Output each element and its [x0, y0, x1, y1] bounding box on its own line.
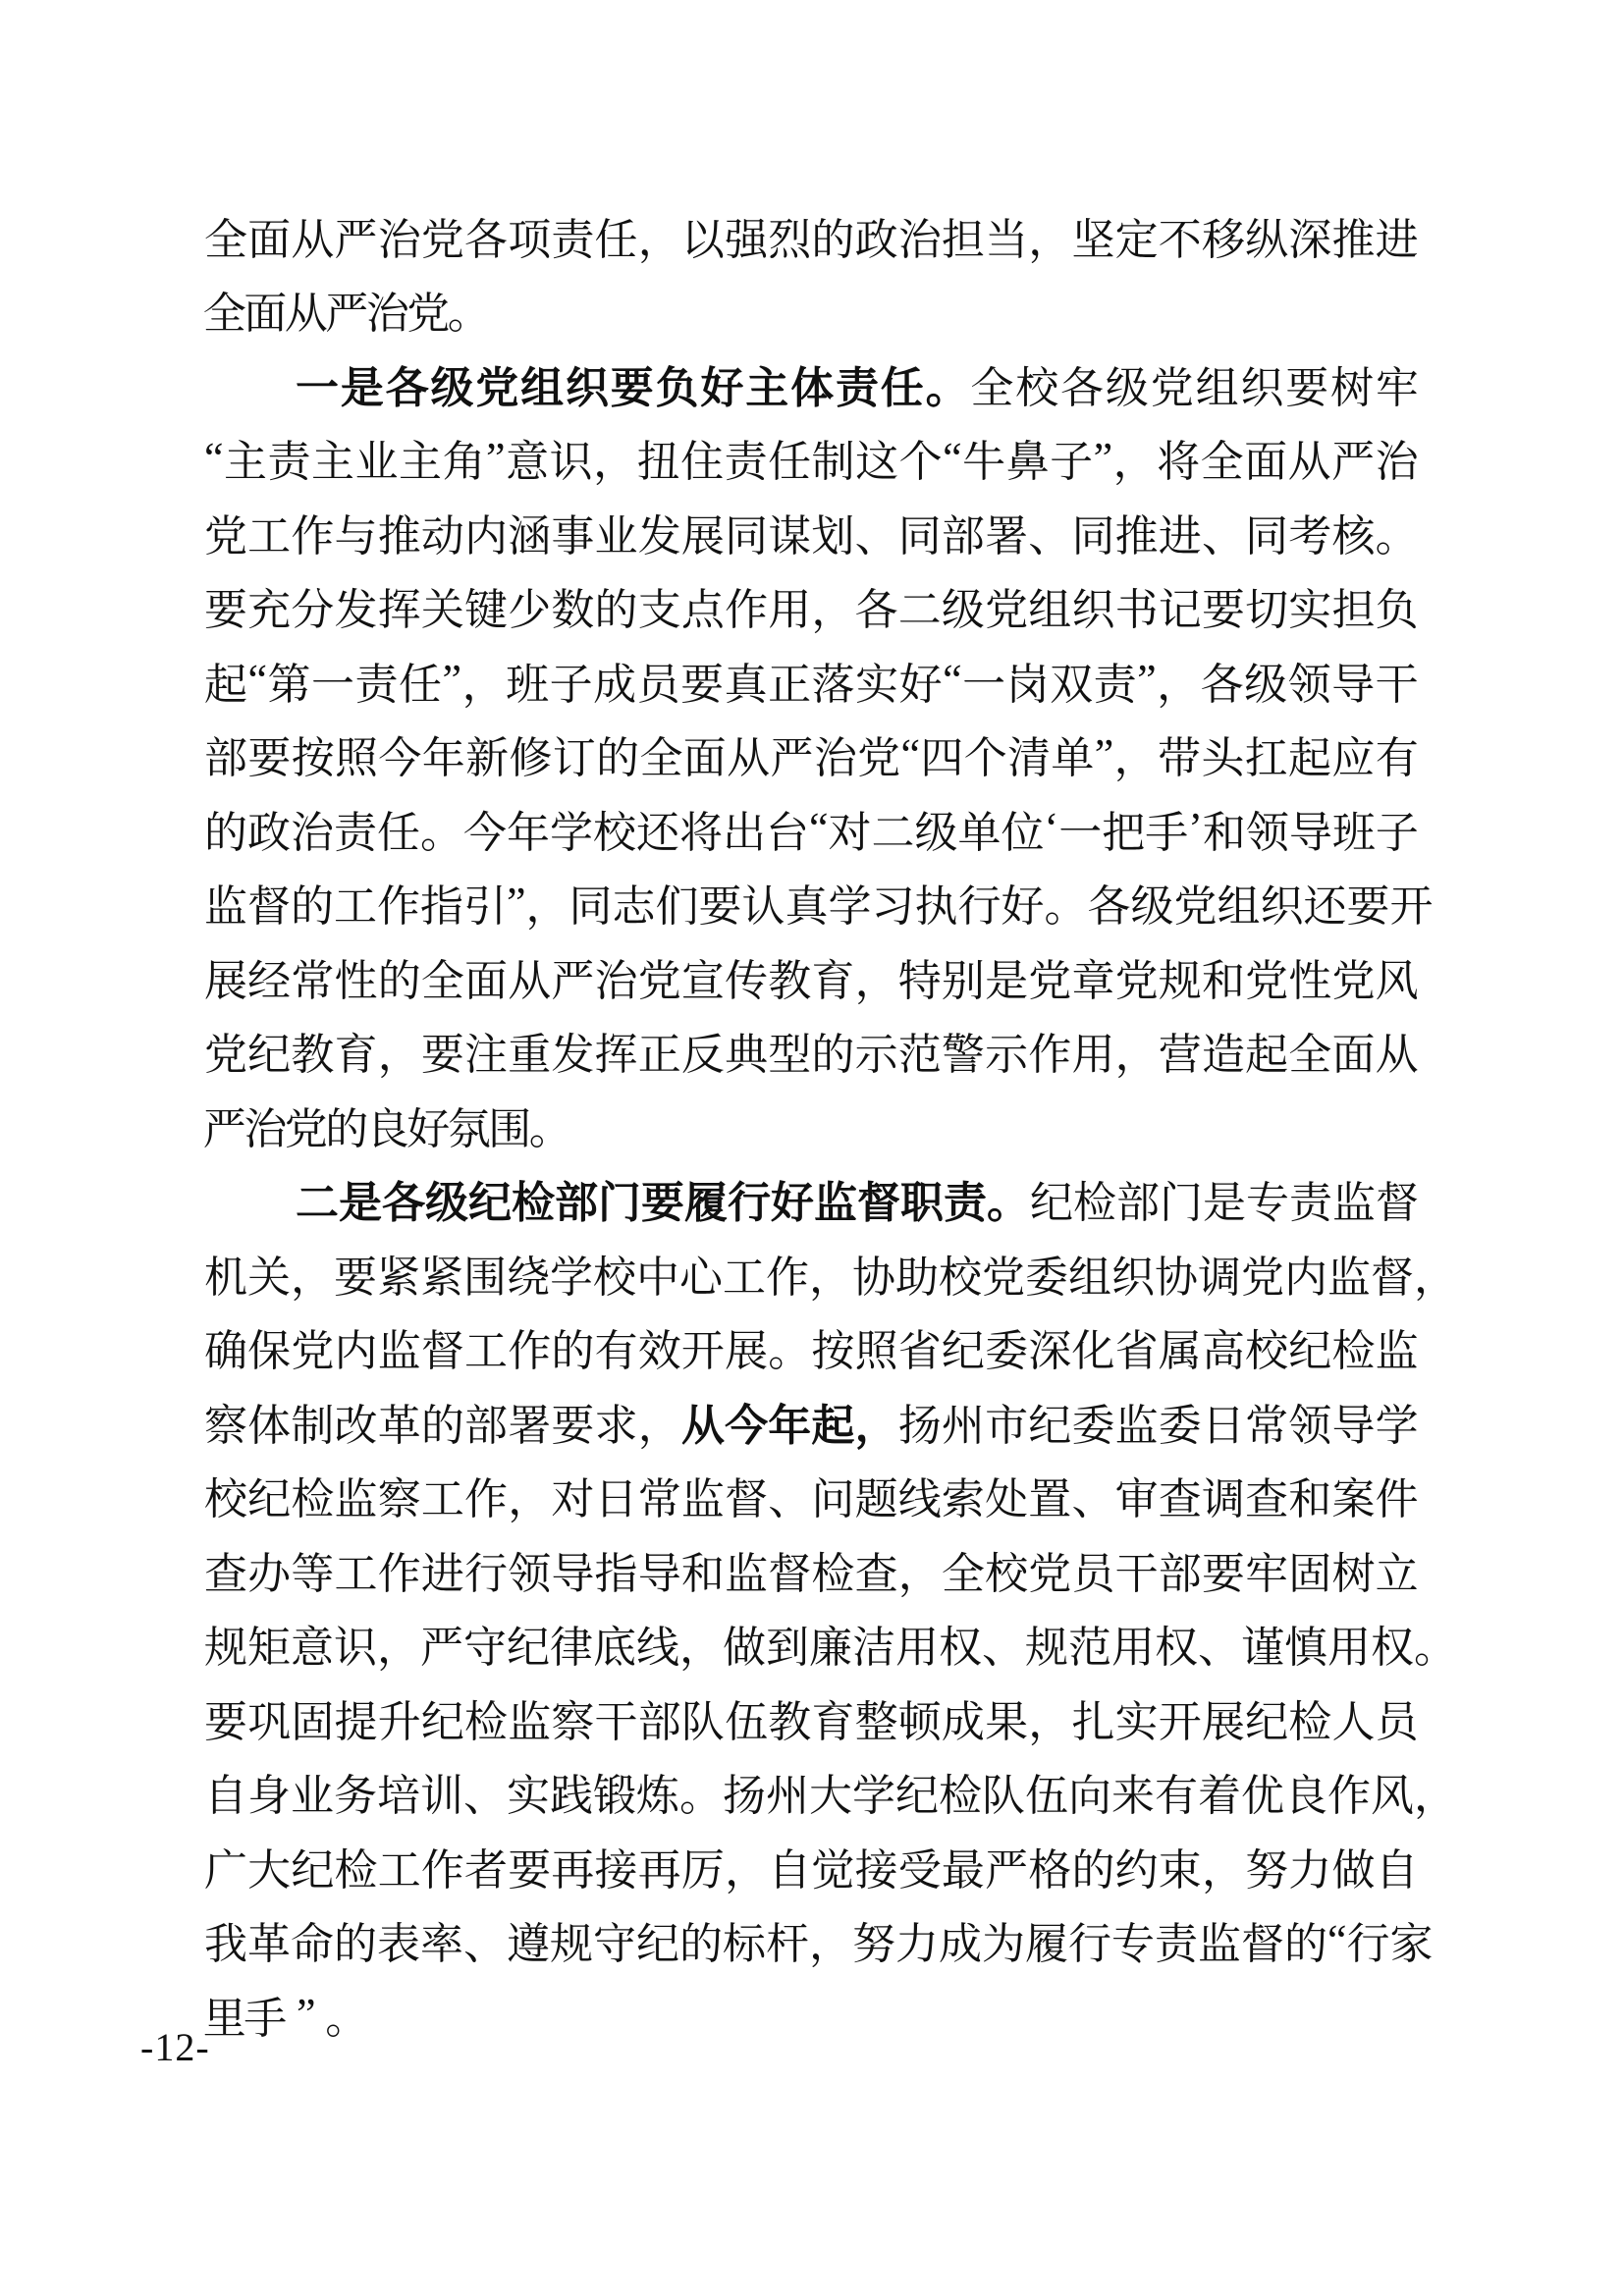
character: 线 [636, 1612, 679, 1675]
character: 校 [939, 1242, 982, 1305]
character: 好 [408, 1094, 450, 1156]
character: 治 [378, 204, 421, 267]
bold-character: 组 [520, 352, 564, 415]
character: 意 [506, 426, 549, 489]
character: 洁 [852, 1612, 895, 1675]
character: 严 [204, 1094, 245, 1156]
character: 学 [829, 871, 872, 934]
character: 规 [550, 1908, 593, 1971]
character: 置 [1028, 1464, 1071, 1526]
character: 营 [1159, 1019, 1202, 1082]
character: 全 [1201, 426, 1244, 489]
character: 督 [421, 1315, 464, 1378]
bold-character: 二 [296, 1167, 339, 1230]
text-line: 严治党的良好氛围。 [204, 1088, 1419, 1162]
character: 注 [464, 1019, 508, 1082]
character: 伍 [1025, 1760, 1068, 1823]
character: 觉 [811, 1835, 854, 1897]
character: 不 [1159, 204, 1202, 267]
character: 监 [1376, 1315, 1419, 1378]
character: ” [1095, 729, 1114, 779]
character: 体 [247, 1390, 291, 1453]
character: 用 [1071, 1019, 1114, 1082]
character: 规 [1025, 1612, 1068, 1675]
character: 培 [377, 1760, 420, 1823]
character: 、 [1198, 1612, 1241, 1675]
character: 锻 [593, 1760, 636, 1823]
character: ” [286, 1989, 327, 2039]
character: 进 [421, 1538, 464, 1601]
character: 用 [895, 1612, 939, 1675]
character: 审 [1115, 1464, 1159, 1526]
character: 意 [291, 1612, 334, 1675]
text-line: 机关，要紧紧围绕学校中心工作，协助校党委组织协调党内监督， [204, 1236, 1419, 1310]
text-line: 确保党内监督工作的有效开展。按照省纪委深化省属高校纪检监 [204, 1310, 1419, 1385]
character: 严 [335, 204, 378, 267]
text-line: 察体制改革的部署要求，从今年起，扬州市纪委监委日常领导学 [204, 1384, 1419, 1459]
character: 党 [638, 945, 681, 1008]
character: 党 [421, 204, 464, 267]
character: 日 [1202, 1390, 1245, 1453]
character: “ [204, 433, 224, 483]
character: 检 [1073, 1167, 1116, 1230]
character: 杆 [766, 1908, 809, 1971]
character: 成 [593, 649, 636, 712]
character: 党 [204, 1019, 247, 1082]
character: 范 [1068, 1612, 1111, 1675]
character: 照 [335, 722, 378, 785]
character: 来 [1111, 1760, 1155, 1823]
character: 导 [1289, 797, 1332, 860]
character: 校 [204, 1464, 247, 1526]
character: 巩 [247, 1686, 291, 1749]
character: 、 [1202, 501, 1245, 563]
character: 核 [1331, 501, 1375, 563]
character: 特 [898, 945, 942, 1008]
character: 常 [1245, 1390, 1288, 1453]
character: 起 [1245, 1019, 1288, 1082]
character: 绕 [507, 1242, 550, 1305]
character: 等 [291, 1538, 334, 1601]
character: 党 [1028, 1538, 1071, 1601]
character: 市 [985, 1390, 1028, 1453]
character: 署 [985, 501, 1028, 563]
character: 索 [942, 1464, 985, 1526]
character: 全 [970, 352, 1013, 415]
character: 领 [1246, 797, 1289, 860]
character: 树 [1331, 1538, 1375, 1601]
character: 作 [377, 871, 420, 934]
character: 工 [464, 1315, 508, 1378]
character: 厉 [681, 1835, 725, 1897]
character: 。 [679, 1760, 723, 1823]
character: 牢 [1376, 352, 1419, 415]
bold-character: 从 [681, 1390, 725, 1453]
character: 督 [1376, 1167, 1419, 1230]
character: 到 [766, 1612, 809, 1675]
character: 全 [639, 722, 682, 785]
character: 严 [770, 722, 813, 785]
character: 高 [1202, 1315, 1245, 1378]
character: 守 [463, 1612, 507, 1675]
character: 督 [725, 1464, 768, 1526]
character: 从 [286, 278, 327, 341]
character: 治 [291, 797, 334, 860]
bold-character: 监 [814, 1167, 857, 1230]
character: 政 [247, 797, 291, 860]
character: 同 [725, 501, 768, 563]
character: 从 [727, 722, 770, 785]
character: 单 [1051, 722, 1094, 785]
character: 党 [985, 574, 1028, 637]
character: 协 [1155, 1242, 1198, 1305]
character: 与 [335, 501, 378, 563]
character: 数 [551, 574, 594, 637]
character: 专 [1111, 1908, 1155, 1971]
text-line: 展经常性的全面从严治党宣传教育，特别是党章党规和党性党风 [204, 939, 1419, 1014]
character: 作 [766, 1242, 809, 1305]
character: 任 [768, 426, 811, 489]
character: 责 [1289, 1167, 1332, 1230]
character: 好 [899, 649, 943, 712]
character: 校 [593, 1242, 636, 1305]
character: 要 [204, 1686, 247, 1749]
character: 扛 [1245, 722, 1288, 785]
character: 权 [1371, 1612, 1414, 1675]
character: 的 [421, 1390, 464, 1453]
character: 各 [1201, 649, 1244, 712]
character: ” [1137, 655, 1157, 705]
character: 纪 [942, 1315, 985, 1378]
character: 牢 [1245, 1538, 1288, 1601]
text-line: 广大纪检工作者要再接再厉，自觉接受最严格的约束，努力做自 [204, 1829, 1419, 1903]
character: 命 [291, 1908, 334, 1971]
character: 台 [766, 797, 809, 860]
character: 严 [327, 278, 368, 341]
text-line: 部要按照今年新修订的全面从严治党“四个清单”，带头扛起应有 [204, 718, 1419, 792]
character: 支 [638, 574, 681, 637]
character: 检 [291, 1464, 334, 1526]
character: 级 [915, 797, 958, 860]
character: 发 [335, 574, 378, 637]
character: 学 [1376, 1390, 1419, 1453]
character: 级 [1106, 352, 1149, 415]
character: 的 [811, 204, 854, 267]
character: 紧 [420, 1242, 463, 1305]
character: 、 [768, 1464, 811, 1526]
character: 展 [1202, 1686, 1245, 1749]
text-line: 校纪检监察工作，对日常监督、问题线索处置、审查调查和案件 [204, 1459, 1419, 1533]
character: 组 [1196, 352, 1239, 415]
character: 业 [291, 1760, 334, 1823]
character: 起 [204, 649, 247, 712]
character: ” [486, 433, 506, 483]
character: 监 [681, 1464, 725, 1526]
character: ” [1094, 433, 1113, 483]
character: 监 [1332, 1167, 1376, 1230]
character: 涵 [508, 501, 551, 563]
character: 署 [508, 1390, 551, 1453]
character: 纪 [1245, 1686, 1288, 1749]
character: 一 [962, 649, 1005, 712]
character: 。 [1414, 1612, 1457, 1675]
character: 为 [982, 1908, 1025, 1971]
character: 监 [1115, 1390, 1159, 1453]
character: 的 [378, 945, 421, 1008]
character: 织 [1240, 352, 1283, 415]
character: 行 [1068, 1908, 1111, 1971]
character: 全 [204, 204, 247, 267]
character: 责 [551, 204, 594, 267]
character: 整 [855, 1686, 898, 1749]
character: 、 [463, 1908, 507, 1971]
character: 调 [1202, 1464, 1245, 1526]
character: 率 [420, 1908, 463, 1971]
character: 书 [1115, 574, 1159, 637]
character: 检 [1288, 1686, 1331, 1749]
character: 协 [852, 1242, 895, 1305]
character: 严 [1331, 426, 1375, 489]
character: ， [809, 1242, 852, 1305]
character: 治 [814, 722, 857, 785]
character: 党 [1151, 352, 1194, 415]
character: 题 [855, 1464, 898, 1526]
character: 主 [399, 426, 442, 489]
character: 律 [550, 1612, 593, 1675]
character: 和 [681, 1538, 725, 1601]
character: ， [1157, 649, 1200, 712]
character: 治 [1376, 426, 1419, 489]
character: 常 [291, 945, 334, 1008]
character: 要 [551, 1390, 594, 1453]
character: 果 [985, 1686, 1028, 1749]
character: 这 [855, 426, 898, 489]
character: 将 [679, 797, 723, 860]
character: 还 [1304, 871, 1347, 934]
character: 再 [551, 1835, 594, 1897]
character: 级 [942, 574, 985, 637]
character: 挥 [378, 574, 421, 637]
character: 烈 [768, 204, 811, 267]
character: 示 [985, 1019, 1028, 1082]
character: 还 [636, 797, 679, 860]
character: 用 [1111, 1612, 1155, 1675]
character: 全 [421, 945, 464, 1008]
character: 展 [681, 501, 725, 563]
bold-character: 是 [339, 1167, 382, 1230]
character: 出 [723, 797, 766, 860]
character: 任 [595, 204, 638, 267]
character: 班 [1332, 797, 1376, 860]
bold-character: 体 [790, 352, 834, 415]
character: 引 [463, 871, 507, 934]
character: 四 [920, 722, 963, 785]
character: 检 [335, 1835, 378, 1897]
character: 组 [1028, 574, 1071, 637]
character: 格 [1028, 1835, 1071, 1897]
character: 头 [1201, 722, 1244, 785]
character: 年 [422, 722, 465, 785]
character: 以 [681, 204, 725, 267]
character: 要 [247, 722, 291, 785]
character: 业 [355, 426, 399, 489]
character: ” [507, 878, 526, 928]
character: 反 [681, 1019, 725, 1082]
character: 子 [1050, 426, 1093, 489]
bold-character: 好 [700, 352, 743, 415]
character: 校 [985, 1538, 1028, 1601]
character: 党 [1174, 871, 1218, 934]
character: 受 [898, 1835, 942, 1897]
character: 党 [286, 1094, 327, 1156]
character: 把 [1102, 797, 1145, 860]
character: 线 [898, 1464, 942, 1526]
character: 省 [898, 1315, 942, 1378]
character: 章 [1071, 945, 1114, 1008]
character: 清 [1007, 722, 1051, 785]
character: 固 [1288, 1538, 1331, 1601]
character: 纪 [247, 1019, 291, 1082]
character: 实 [507, 1760, 550, 1823]
character: 要 [699, 871, 742, 934]
character: 键 [464, 574, 508, 637]
character: 纪 [895, 1760, 939, 1823]
character: 宣 [681, 945, 725, 1008]
character: 强 [725, 204, 768, 267]
character: 党 [408, 278, 450, 341]
character: 治 [595, 945, 638, 1008]
character: 任 [377, 797, 420, 860]
character: 升 [378, 1686, 421, 1749]
character: 进 [1376, 204, 1419, 267]
character: 氛 [449, 1094, 490, 1156]
bold-character: 部 [555, 1167, 598, 1230]
character: 开 [1159, 1686, 1202, 1749]
character: 提 [335, 1686, 378, 1749]
character: 向 [1068, 1760, 1111, 1823]
character: 中 [636, 1242, 679, 1305]
character: 典 [725, 1019, 768, 1082]
character: 部 [638, 1686, 681, 1749]
character: 处 [985, 1464, 1028, 1526]
character: 我 [204, 1908, 247, 1971]
character: 双 [1050, 649, 1093, 712]
character: 部 [464, 1390, 508, 1453]
character: 挥 [595, 1019, 638, 1082]
character: ， [1115, 1019, 1159, 1082]
character: 心 [679, 1242, 723, 1305]
character: 标 [723, 1908, 766, 1971]
character: 实 [855, 649, 898, 712]
character: 校 [593, 797, 636, 860]
character: 的 [291, 871, 334, 934]
character: 范 [898, 1019, 942, 1082]
character: 教 [768, 1686, 811, 1749]
character: 深 [1288, 204, 1331, 267]
character: 导 [1331, 649, 1375, 712]
character: 规 [204, 1612, 247, 1675]
character: 年 [507, 797, 550, 860]
character: 工 [247, 501, 291, 563]
character: 织 [1071, 574, 1114, 637]
character: 做 [723, 1612, 766, 1675]
character: 作 [508, 1315, 551, 1378]
character: 干 [1115, 1538, 1159, 1601]
bold-character: 是 [341, 352, 384, 415]
bold-character: 主 [745, 352, 788, 415]
character: 门 [1160, 1167, 1203, 1230]
character: 严 [551, 945, 594, 1008]
character: 子 [550, 649, 593, 712]
character: 动 [421, 501, 464, 563]
character: ， [809, 1908, 852, 1971]
character: 改 [335, 1390, 378, 1453]
bold-character: 各 [382, 1167, 425, 1230]
character: 校 [1245, 1315, 1288, 1378]
character: 确 [204, 1315, 247, 1378]
character: 约 [1115, 1835, 1159, 1897]
character: 组 [1218, 871, 1261, 934]
text-line: 党工作与推动内涵事业发展同谋划、同部署、同推进、同考核。 [204, 495, 1419, 569]
character: 按 [292, 722, 335, 785]
character: 廉 [809, 1612, 852, 1675]
character: 良 [1284, 1760, 1327, 1823]
character: 事 [551, 501, 594, 563]
character: 划 [811, 501, 854, 563]
bold-character: 年 [768, 1390, 811, 1453]
character: 部 [942, 501, 985, 563]
character: ’ [1188, 803, 1203, 853]
character: 作 [1327, 1760, 1371, 1823]
character: 紧 [377, 1242, 420, 1305]
character: 。 [1045, 871, 1088, 934]
character: 一 [311, 649, 354, 712]
character: 面 [1331, 1019, 1375, 1082]
character: 家 [1390, 1908, 1434, 1971]
bold-character: 门 [598, 1167, 641, 1230]
character: 第 [268, 649, 311, 712]
character: 有 [1155, 1760, 1198, 1823]
character: 少 [508, 574, 551, 637]
character: 经 [247, 945, 291, 1008]
character: 全 [204, 278, 245, 341]
character: 行 [1347, 1908, 1390, 1971]
character: ， [378, 1019, 421, 1082]
character: “ [943, 433, 962, 483]
character: 良 [367, 1094, 408, 1156]
character: 严 [420, 1612, 463, 1675]
text-line: 我革命的表率、遵规守纪的标杆，努力成为履行专责监督的“行家 [204, 1903, 1419, 1978]
character: 顿 [898, 1686, 942, 1749]
character: 检 [939, 1760, 982, 1823]
character: “ [248, 655, 268, 705]
text-line: 查办等工作进行领导指导和监督检查，全校党员干部要牢固树立 [204, 1532, 1419, 1607]
character: 员 [637, 649, 680, 712]
character: 真 [785, 871, 829, 934]
character: 领 [1288, 1390, 1331, 1453]
character: 工 [723, 1242, 766, 1305]
character: 角 [443, 426, 486, 489]
character: 负 [1376, 574, 1419, 637]
character: 要 [421, 1019, 464, 1082]
character: 育 [811, 945, 854, 1008]
character: ， [725, 1835, 768, 1897]
character: 教 [768, 945, 811, 1008]
character: 监 [508, 1686, 551, 1749]
character: 日 [595, 1464, 638, 1526]
character: 扬 [898, 1390, 942, 1453]
character: ， [1202, 1835, 1245, 1897]
